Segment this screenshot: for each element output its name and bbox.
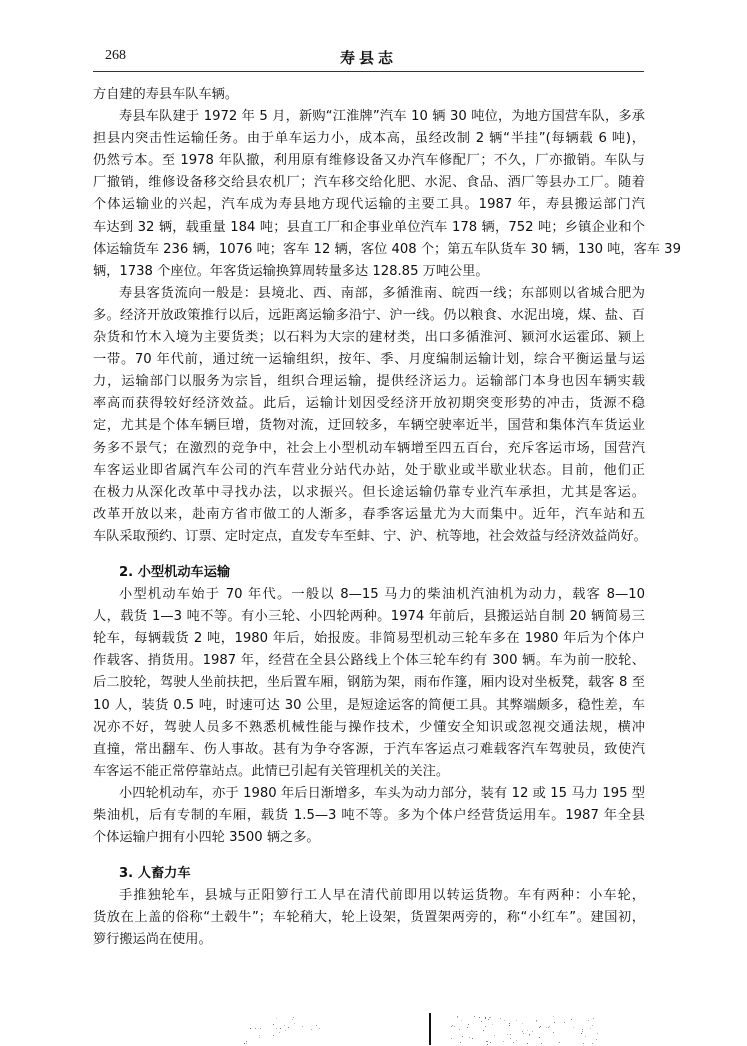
text-line: 车达到 32 辆，载重量 184 吨；县直工厂和企事业单位汽车 178 辆，75… — [93, 217, 645, 239]
scan-noise — [462, 1036, 463, 1037]
scan-noise — [596, 1039, 597, 1040]
scan-noise — [316, 1025, 317, 1026]
scan-noise — [452, 1025, 453, 1026]
scan-noise — [527, 1043, 528, 1044]
scan-noise — [588, 1020, 589, 1021]
text-line: 货放在上盖的俗称“土毂牛”；车轮稍大，轮上设架，货置架两旁的，称“小红车”。建国… — [93, 907, 645, 929]
scan-noise — [489, 1017, 490, 1018]
scan-noise — [507, 1034, 508, 1035]
scan-noise — [592, 1025, 593, 1026]
scan-artifacts — [200, 1003, 600, 1043]
scan-noise — [527, 1030, 528, 1031]
scan-noise — [255, 1028, 256, 1029]
scan-noise — [259, 1037, 260, 1038]
scan-noise — [479, 1017, 480, 1018]
scan-noise — [504, 1020, 505, 1021]
text-line: 小型机动车始于 70 年代。一般以 8—15 马力的柴油机汽油机为动力，载客 8… — [93, 584, 645, 606]
scan-noise — [451, 1026, 452, 1027]
scan-noise — [454, 1026, 455, 1027]
scan-noise — [485, 1017, 486, 1018]
scan-noise — [553, 1032, 554, 1033]
scan-noise — [593, 1018, 594, 1019]
scan-noise — [509, 1023, 510, 1024]
text-line: 寿县客货流向一般是：县境北、西、南部，多循淮南、皖西一线；东部则以省城合肥为 — [93, 283, 645, 305]
text-line: 后二胶轮，驾驶人坐前扶把，坐后置车厢，钢筋为架，雨布作篷，厢内设对坐板凳，载客 … — [93, 672, 645, 694]
scan-noise — [280, 1028, 281, 1029]
scan-noise — [250, 1028, 251, 1029]
scan-noise — [509, 1025, 510, 1026]
scan-noise — [494, 1035, 495, 1036]
text-line: 小四轮机动车，亦于 1980 年后日渐增多，车头为动力部分，装有 12 或 15… — [93, 783, 645, 805]
scan-noise — [503, 1041, 504, 1042]
scan-noise — [549, 1026, 550, 1027]
text-line: 作载客、捎货用。1987 年，经营在全县公路线上个体三轮车约有 300 辆。车为… — [93, 650, 645, 672]
body-text: 方自建的寿县车队车辆。寿县车队建于 1972 年 5 月，新购“江淮牌”汽车 1… — [93, 84, 645, 952]
scan-noise — [564, 1022, 565, 1023]
paragraph: 寿县客货流向一般是：县境北、西、南部，多循淮南、皖西一线；东部则以省城合肥为多。… — [93, 283, 645, 548]
text-line: 况亦不好，驾驶人员多不熟悉机械性能与操作技术，少懂安全知识或忽视交通法规，横冲 — [93, 717, 645, 739]
scan-noise — [311, 1029, 312, 1030]
scan-noise — [585, 1036, 586, 1037]
text-line: 柴油机，后有专制的车厢，载货 1.5—3 吨不等。多为个体户经营货运用车。198… — [93, 805, 645, 827]
scan-noise — [469, 1037, 470, 1038]
scan-noise — [481, 1021, 482, 1022]
text-line: 务多不景气；在激烈的竞争中，社会上小型机动车辆增至四五百台，充斥客运市场，国营汽 — [93, 438, 645, 460]
scan-noise — [244, 1043, 245, 1044]
text-line: 手推独轮车，县城与正阳箩行工人早在清代前即用以转运货物。车有两种：小车轮， — [93, 885, 645, 907]
scan-noise — [583, 1043, 584, 1044]
scan-noise — [546, 1027, 547, 1028]
text-line: 仍然亏本。至 1978 年队撤，利用原有维修设备又办汽车修配厂；不久，厂亦撤销。… — [93, 150, 645, 172]
scan-noise — [510, 1034, 511, 1035]
text-line: 车客运业即省属汽车公司的汽车营业分站代办站，处于歇业或半歇业状态。目前，他们正 — [93, 460, 645, 482]
section-heading: 2. 小型机动车运输 — [93, 562, 645, 584]
scan-noise — [582, 1031, 583, 1032]
scan-noise — [467, 1027, 468, 1028]
scan-noise — [571, 1019, 572, 1020]
text-line: 车队采取预约、订票、定时定点，直发专车至蚌、宁、沪、杭等地，社会效益与经济效益尚… — [93, 526, 645, 548]
scan-noise — [284, 1025, 285, 1026]
scan-noise — [492, 1024, 493, 1025]
text-line: 辆，1738 个座位。年客货运输换算周转量多达 128.85 万吨公里。 — [93, 261, 645, 283]
scan-noise — [292, 1019, 293, 1020]
scan-noise — [259, 1035, 260, 1036]
scan-noise — [554, 1022, 555, 1023]
text-line: 10 人，装货 0.5 吨，时速可达 30 公里，是短途运客的简便工具。其弊端颇… — [93, 695, 645, 717]
section-heading: 3. 人畜力车 — [93, 863, 645, 885]
text-line: 在极力从深化改革中寻找办法，以求振兴。但长途运输仍靠专业汽车承担，尤其是客运。 — [93, 482, 645, 504]
text-line: 力，运输部门以服务为宗旨，组织合理运输，提供经济运力。运输部门本身也因车辆实载 — [93, 371, 645, 393]
scan-noise — [276, 1018, 277, 1019]
scan-noise — [459, 1029, 460, 1030]
text-line: 人，载货 1—3 吨不等。有小三轮、小四轮两种。1974 年前后，县搬运站自制 … — [93, 606, 645, 628]
text-line: 率高而获得较好经济效益。此后，运输计划因受经济开放初期突变形势的冲击，货源不稳 — [93, 393, 645, 415]
section-spacer — [93, 849, 645, 863]
paragraph: 小四轮机动车，亦于 1980 年后日渐增多，车头为动力部分，装有 12 或 15… — [93, 783, 645, 849]
section-spacer — [93, 548, 645, 562]
scan-noise — [474, 1016, 475, 1017]
scan-noise — [487, 1041, 488, 1042]
text-line: 箩行搬运尚在使用。 — [93, 929, 645, 951]
scan-noise — [302, 1026, 303, 1027]
scan-noise — [273, 1024, 274, 1025]
scan-noise — [592, 1043, 593, 1044]
scan-mark — [429, 1013, 431, 1045]
text-line: 定，尤其是个体车辆巨增，货物对流，迂回较多，车辆空驶率近半，国营和集体汽车货运业 — [93, 415, 645, 437]
scan-noise — [279, 1032, 280, 1033]
header-rule — [93, 71, 644, 72]
scan-noise — [485, 1026, 486, 1027]
scan-noise — [490, 1042, 491, 1043]
text-line: 个体运输业的兴起，汽车成为寿县地方现代运输的主要工具。1987 年，寿县搬运部门… — [93, 194, 645, 216]
scan-noise — [487, 1044, 488, 1045]
running-title: 寿县志 — [93, 47, 644, 68]
scan-noise — [532, 1031, 533, 1032]
scan-noise — [500, 1018, 501, 1019]
scan-noise — [285, 1030, 286, 1031]
text-line: 厂撤销，维修设备移交给县农机厂；汽车移交给化肥、水泥、食品、酒厂等县办工厂。随着 — [93, 172, 645, 194]
text-line: 一带。70 年代前，通过统一运输组织，按年、季、月度编制运输计划，综合平衡运量与… — [93, 349, 645, 371]
paragraph: 方自建的寿县车队车辆。 — [93, 84, 645, 106]
text-line: 方自建的寿县车队车辆。 — [93, 84, 645, 106]
text-line: 改革开放以来，赴南方省市做工的人渐多，春季客运量尤为大而集中。近年，汽车站和五 — [93, 504, 645, 526]
scan-noise — [516, 1040, 517, 1041]
text-line: 轮车，每辆载货 2 吨，1980 年后，始报废。非简易型机动三轮车多在 1980… — [93, 628, 645, 650]
scan-noise — [276, 1028, 277, 1029]
scan-noise — [522, 1023, 523, 1024]
text-line: 直撞，常出翻车、伤人事故。甚有为争夺客源，于汽车客运点刁难载客汽车驾驶员，致使汽 — [93, 739, 645, 761]
scan-noise — [539, 1037, 540, 1038]
text-line: 寿县车队建于 1972 年 5 月，新购“江淮牌”汽车 10 辆 30 吨位，为… — [93, 106, 645, 128]
scan-noise — [553, 1016, 554, 1017]
scan-noise — [536, 1021, 537, 1022]
scan-noise — [294, 1023, 295, 1024]
scan-noise — [582, 1029, 583, 1030]
page-header: 268 寿县志 — [93, 48, 644, 72]
scan-noise — [559, 1042, 560, 1043]
scan-noise — [461, 1020, 462, 1021]
text-line: 杂货和竹木入境为主要货类；以石料为大宗的建材类，出口多循淮河、颍河水运霍邱、颍上 — [93, 327, 645, 349]
text-line: 车客运不能正常停靠站点。此情已引起有关管理机关的关注。 — [93, 761, 645, 783]
text-line: 多。经济开放政策推行以后，远距离运输多沿宁、沪一线。仍以粮食、水泥出境，煤、盐、… — [93, 305, 645, 327]
scan-noise — [260, 1028, 261, 1029]
scan-noise — [523, 1033, 524, 1034]
scan-noise — [541, 1043, 542, 1044]
scan-noise — [246, 1043, 247, 1044]
scan-noise — [573, 1027, 574, 1028]
scan-noise — [488, 1019, 489, 1020]
scan-noise — [510, 1038, 511, 1039]
scan-noise — [483, 1030, 484, 1031]
scan-noise — [590, 1028, 591, 1029]
scan-noise — [457, 1017, 458, 1018]
text-line: 个体运输户拥有小四轮 3500 辆之多。 — [93, 827, 645, 849]
scan-noise — [273, 1035, 274, 1036]
scan-noise — [581, 1033, 582, 1034]
scan-noise — [451, 1038, 452, 1039]
paragraph: 寿县车队建于 1972 年 5 月，新购“江淮牌”汽车 10 辆 30 吨位，为… — [93, 106, 645, 283]
scan-noise — [597, 1033, 598, 1034]
scan-noise — [516, 1020, 517, 1021]
scan-noise — [288, 1027, 289, 1028]
scan-noise — [472, 1038, 473, 1039]
scan-noise — [548, 1027, 549, 1028]
scan-noise — [319, 1028, 320, 1029]
scan-noise — [540, 1026, 541, 1027]
scan-noise — [522, 1031, 523, 1032]
scan-noise — [513, 1042, 514, 1043]
scan-noise — [468, 1024, 469, 1025]
paragraph: 小型机动车始于 70 年代。一般以 8—15 马力的柴油机汽油机为动力，载客 8… — [93, 584, 645, 783]
scan-noise — [486, 1041, 487, 1042]
paragraph: 手推独轮车，县城与正阳箩行工人早在清代前即用以转运货物。车有两种：小车轮，货放在… — [93, 885, 645, 951]
scan-noise — [460, 1042, 461, 1043]
text-line: 体运输货车 236 辆，1076 吨；客车 12 辆，客位 408 个；第五车队… — [93, 239, 645, 261]
scan-noise — [529, 1035, 530, 1036]
text-line: 担县内突击性运输任务。由于单车运力小，成本高，虽经改制 2 辆“半挂”(每辆载 … — [93, 128, 645, 150]
